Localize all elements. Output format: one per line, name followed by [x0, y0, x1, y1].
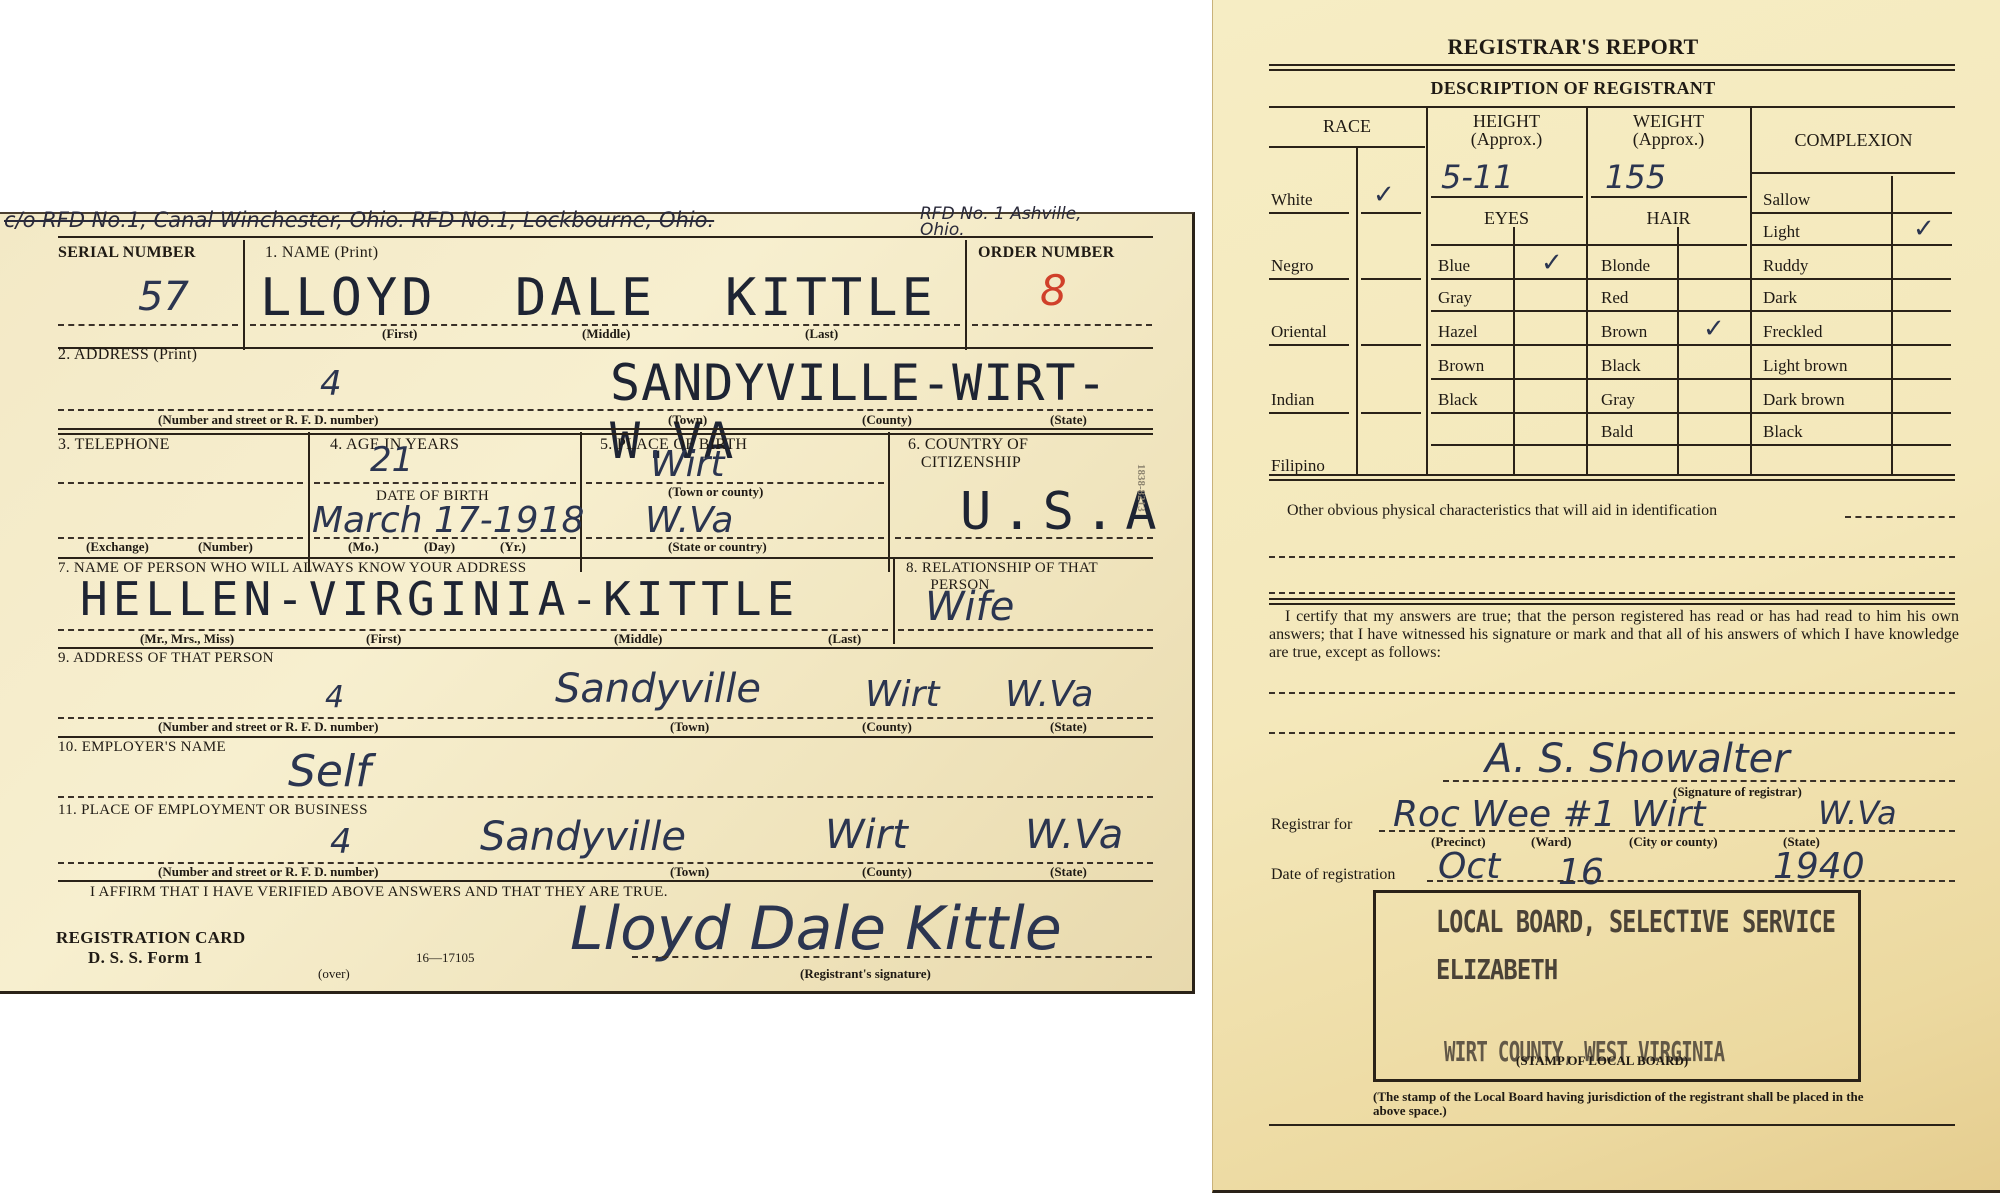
- report-title: REGISTRAR'S REPORT: [1213, 34, 1933, 60]
- hair-gray: Gray: [1601, 390, 1635, 410]
- age-value: 21: [370, 440, 413, 480]
- precinct-value: Roc Wee #1: [1393, 794, 1616, 835]
- race-negro: Negro: [1271, 256, 1313, 276]
- complexion-light-check: ✓: [1913, 214, 1935, 244]
- contact-middle-caption: (Middle): [614, 631, 662, 647]
- contact-last-caption: (Last): [828, 631, 861, 647]
- race-white-check: ✓: [1373, 180, 1395, 210]
- eyes-gray: Gray: [1438, 288, 1472, 308]
- employer-label: 10. EMPLOYER'S NAME: [58, 739, 226, 756]
- city-caption: (City or county): [1629, 834, 1718, 850]
- complexion-dark: Dark: [1763, 288, 1797, 308]
- complexion-freckled: Freckled: [1763, 322, 1822, 342]
- eyes-brown: Brown: [1438, 356, 1484, 376]
- over-note: (over): [318, 966, 350, 982]
- stamp-caption: (STAMP OF LOCAL BOARD): [1516, 1053, 1688, 1069]
- number-caption: (Number): [198, 539, 253, 555]
- employment-number: 4: [330, 822, 352, 862]
- county-caption: (County): [862, 412, 912, 428]
- eyes-blue-check: ✓: [1541, 248, 1563, 278]
- day-caption: (Day): [424, 539, 455, 555]
- employer-value: Self: [288, 746, 371, 797]
- hair-brown: Brown: [1601, 322, 1647, 342]
- stamp-line-2: ELIZABETH: [1436, 953, 1557, 986]
- address-number-caption: (Number and street or R. F. D. number): [158, 412, 379, 428]
- registrar-signature: A. S. Showalter: [1485, 736, 1790, 782]
- weight-header: WEIGHT(Approx.): [1588, 112, 1749, 148]
- report-subtitle: DESCRIPTION OF REGISTRANT: [1213, 78, 1933, 99]
- employment-number-caption: (Number and street or R. F. D. number): [158, 864, 379, 880]
- complexion-black: Black: [1763, 422, 1803, 442]
- address-number: 4: [320, 364, 342, 404]
- employment-state: W.Va: [1025, 812, 1123, 858]
- complexion-dark-brown: Dark brown: [1763, 390, 1845, 410]
- name-label: 1. NAME (Print): [265, 244, 378, 262]
- yr-caption: (Yr.): [500, 539, 526, 555]
- complexion-header: COMPLEXION: [1752, 130, 1955, 151]
- eyes-hazel: Hazel: [1438, 322, 1478, 342]
- employment-place-label: 11. PLACE OF EMPLOYMENT OR BUSINESS: [58, 802, 368, 819]
- local-board-stamp-box: LOCAL BOARD, SELECTIVE SERVICE ELIZABETH…: [1373, 890, 1861, 1082]
- complexion-light-brown: Light brown: [1763, 356, 1848, 376]
- contact-address-town: Sandyville: [555, 666, 761, 712]
- relationship-value: Wife: [925, 584, 1014, 630]
- contact-number-caption: (Number and street or R. F. D. number): [158, 719, 379, 735]
- contact-address-number: 4: [325, 680, 344, 715]
- registration-day: 16: [1558, 852, 1604, 893]
- town-caption: (Town): [668, 412, 707, 428]
- contact-state-caption: (State): [1050, 719, 1087, 735]
- contact-first-caption: (First): [366, 631, 401, 647]
- state-value: W.Va: [1818, 794, 1897, 832]
- current-address-note: RFD No. 1 Ashville, Ohio.: [920, 206, 1120, 238]
- dob-value: March 17-1918: [312, 500, 584, 541]
- employment-county-caption: (County): [862, 864, 912, 880]
- telephone-label: 3. TELEPHONE: [58, 436, 170, 454]
- contact-town-caption: (Town): [670, 719, 709, 735]
- height-value: 5-11: [1441, 158, 1514, 196]
- name-first: LLOYD: [260, 268, 437, 328]
- race-white: White: [1271, 190, 1313, 210]
- state-caption: (State): [1050, 412, 1087, 428]
- place-of-birth-town: Wirt: [650, 444, 725, 485]
- hair-brown-check: ✓: [1703, 314, 1725, 344]
- complexion-ruddy: Ruddy: [1763, 256, 1808, 276]
- contact-address-county: Wirt: [865, 674, 940, 715]
- mo-caption: (Mo.): [348, 539, 379, 555]
- hair-black: Black: [1601, 356, 1641, 376]
- registration-card-front: c/o RFD No.1, Canal Winchester, Ohio. RF…: [0, 212, 1195, 994]
- first-caption: (First): [382, 326, 417, 342]
- complexion-light: Light: [1763, 222, 1800, 242]
- order-number-value: 8: [1040, 266, 1067, 315]
- pob-town-caption: (Town or county): [668, 484, 763, 500]
- race-filipino: Filipino: [1271, 456, 1325, 476]
- complexion-sallow: Sallow: [1763, 190, 1810, 210]
- contact-address-state: W.Va: [1005, 674, 1094, 715]
- ward-caption: (Ward): [1531, 834, 1571, 850]
- hair-header: HAIR: [1588, 208, 1749, 229]
- eyes-blue: Blue: [1438, 256, 1470, 276]
- name-middle: DALE: [515, 268, 656, 328]
- citizenship-label: 6. COUNTRY OF CITIZENSHIP: [908, 436, 1028, 472]
- order-number-label: ORDER NUMBER: [978, 244, 1115, 262]
- contact-address-label: 9. ADDRESS OF THAT PERSON: [58, 650, 274, 667]
- employment-town-caption: (Town): [670, 864, 709, 880]
- hair-blonde: Blonde: [1601, 256, 1650, 276]
- city-county-value: Wirt: [1631, 794, 1706, 835]
- race-header: RACE: [1269, 116, 1425, 137]
- form-number: D. S. S. Form 1: [88, 948, 203, 968]
- registrars-report-back: REGISTRAR'S REPORT DESCRIPTION OF REGIST…: [1212, 0, 2000, 1193]
- exchange-caption: (Exchange): [86, 539, 149, 555]
- race-oriental: Oriental: [1271, 322, 1327, 342]
- stamp-line-1: LOCAL BOARD, SELECTIVE SERVICE: [1436, 905, 1835, 940]
- other-characteristics-label: Other obvious physical characteristics t…: [1287, 502, 1717, 520]
- signature-caption: (Registrant's signature): [800, 966, 931, 982]
- employment-state-caption: (State): [1050, 864, 1087, 880]
- mr-caption: (Mr., Mrs., Miss): [140, 631, 234, 647]
- eyes-black: Black: [1438, 390, 1478, 410]
- certify-text: I certify that my answers are true; that…: [1269, 608, 1959, 662]
- contact-name: HELLEN-VIRGINIA-KITTLE: [80, 572, 799, 626]
- serial-number-value: 57: [138, 274, 189, 320]
- name-last: KITTLE: [725, 268, 937, 328]
- contact-county-caption: (County): [862, 719, 912, 735]
- hair-red: Red: [1601, 288, 1628, 308]
- race-indian: Indian: [1271, 390, 1314, 410]
- registrar-for-label: Registrar for: [1271, 816, 1352, 834]
- place-of-birth-state: W.Va: [645, 500, 734, 541]
- side-stamp: 1838-8213: [1135, 464, 1147, 512]
- employment-county: Wirt: [825, 812, 908, 858]
- serial-number-label: SERIAL NUMBER: [58, 244, 196, 262]
- hair-bald: Bald: [1601, 422, 1633, 442]
- last-caption: (Last): [805, 326, 838, 342]
- address-label: 2. ADDRESS (Print): [58, 346, 197, 364]
- weight-value: 155: [1605, 158, 1666, 196]
- middle-caption: (Middle): [582, 326, 630, 342]
- print-code: 16—17105: [416, 950, 475, 966]
- employment-town: Sandyville: [480, 814, 686, 860]
- date-of-registration-label: Date of registration: [1271, 866, 1395, 884]
- crossed-out-addresses: c/o RFD No.1, Canal Winchester, Ohio. RF…: [4, 208, 714, 232]
- pob-state-caption: (State or country): [668, 539, 767, 555]
- stamp-note: (The stamp of the Local Board having jur…: [1373, 1090, 1873, 1118]
- registrant-signature: Lloyd Dale Kittle: [570, 894, 1062, 964]
- card-title: REGISTRATION CARD: [56, 928, 245, 948]
- eyes-header: EYES: [1428, 208, 1585, 229]
- height-header: HEIGHT(Approx.): [1428, 112, 1585, 148]
